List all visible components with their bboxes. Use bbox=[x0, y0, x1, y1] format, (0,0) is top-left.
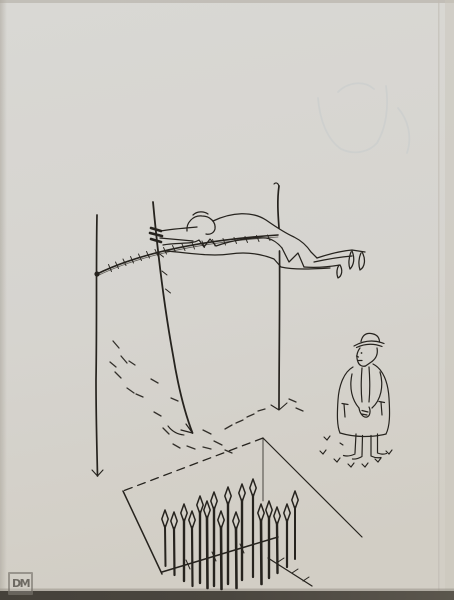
spectator-eye bbox=[361, 352, 363, 354]
cartoon-drawing bbox=[0, 0, 454, 600]
photo-top-edge bbox=[0, 0, 454, 3]
scanned-cartoon-page: DM bbox=[0, 0, 454, 600]
collection-stamp: DM bbox=[8, 572, 33, 595]
paper-crease bbox=[438, 0, 440, 600]
photo-bottom-edge bbox=[0, 591, 454, 600]
photo-right-edge bbox=[445, 0, 454, 600]
photo-left-edge bbox=[0, 0, 7, 600]
stamp-text: DM bbox=[12, 577, 29, 590]
